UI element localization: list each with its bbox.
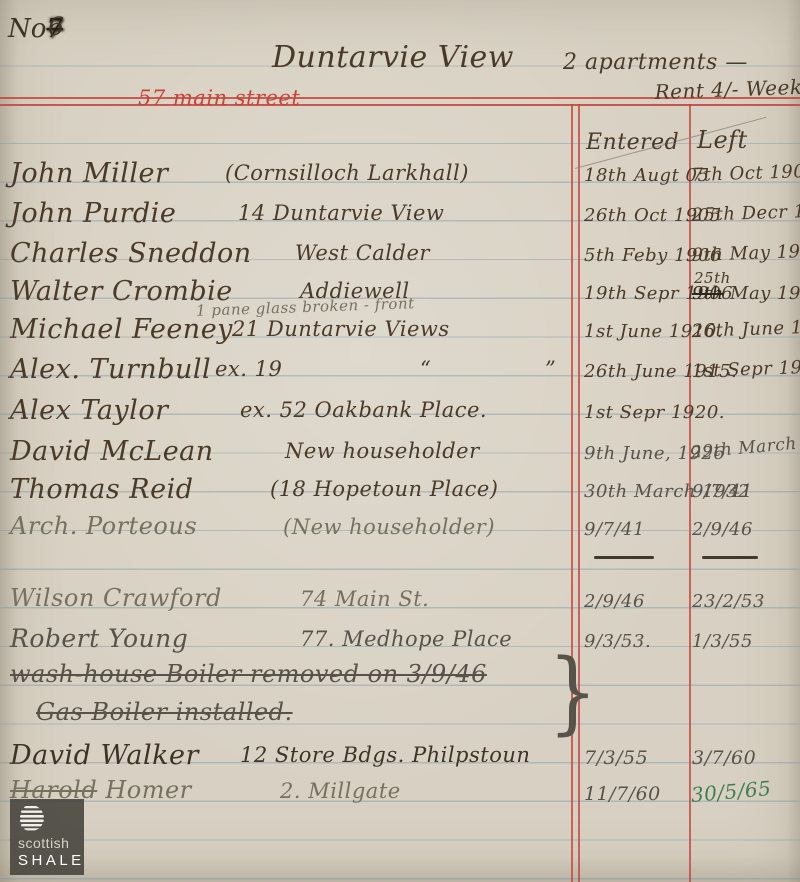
tenant-address: New householder <box>285 439 480 463</box>
pencil-underline <box>594 556 654 559</box>
date-left-correction: 25th <box>694 269 731 287</box>
tenant-name: Michael Feeney <box>10 314 233 345</box>
tenant-name: David Walker <box>10 740 199 771</box>
tenant-name-rest: Homer <box>105 776 191 804</box>
tenant-name: Arch. Porteous <box>10 512 197 540</box>
page-number: No7 6 <box>8 14 63 44</box>
column-header-entered: Entered <box>586 130 679 155</box>
date-entered: 7/3/55 <box>584 747 648 769</box>
table-row: Michael Feeney 21 Duntarvie Views 1st Ju… <box>0 314 800 356</box>
tenant-address: (Cornsilloch Larkhall) <box>225 161 469 185</box>
tenant-address: ex. 19 <box>215 357 282 381</box>
table-row: Arch. Porteous (New householder) 9/7/41 … <box>0 512 800 554</box>
tenant-address: (18 Hopetoun Place) <box>270 477 498 501</box>
date-entered: 9/7/41 <box>584 519 645 540</box>
apartments-note: 2 apartments — <box>563 50 748 75</box>
tenant-address: 2. Millgate <box>280 779 401 803</box>
date-left: 25th 9th May 1910 <box>692 283 800 304</box>
date-left: 9/7/41 <box>692 481 753 502</box>
table-row: Harold Homer 2. Millgate 11/7/60 30/5/65 <box>0 776 800 818</box>
watermark-text-shale: SHALE <box>18 852 85 869</box>
tenant-name: Charles Sneddon <box>10 238 252 269</box>
date-left: 25th Decr 1905 <box>691 200 800 226</box>
page-number-new: 6 <box>48 12 64 41</box>
ledger-page: No7 6 Duntarvie View 2 apartments — Rent… <box>0 0 800 882</box>
table-row: David McLean New householder 9th June, 1… <box>0 436 800 478</box>
red-header-line-bottom <box>0 104 800 106</box>
date-left: 2/9/46 <box>692 519 753 540</box>
column-header-left: Left <box>697 126 748 154</box>
tenant-address: 74 Main St. <box>300 587 429 611</box>
tenant-name: John Purdie <box>10 198 176 229</box>
tenant-address: 21 Duntarvie Views <box>232 317 450 341</box>
table-row: Wilson Crawford 74 Main St. 2/9/46 23/2/… <box>0 584 800 626</box>
tenant-address: ex. 52 Oakbank Place. <box>240 398 487 422</box>
date-left: 30/5/65 <box>690 776 772 807</box>
scottish-shale-watermark: scottish SHALE <box>10 799 84 875</box>
tenant-name: Wilson Crawford <box>10 584 222 612</box>
table-row: Thomas Reid (18 Hopetoun Place) 30th Mar… <box>0 474 800 516</box>
note-boiler-removed: wash-house Boiler removed on 3/9/46 <box>10 660 487 688</box>
tenant-name: Thomas Reid <box>10 474 194 505</box>
date-left: 26th June 1915 <box>691 316 800 342</box>
table-row: Charles Sneddon West Calder 5th Feby 190… <box>0 238 800 280</box>
tenant-name: Alex. Turnbull <box>10 354 211 385</box>
ditto-mark: “ <box>420 357 431 381</box>
tenant-address: 14 Duntarvie View <box>238 201 444 225</box>
pencil-underline <box>702 556 758 559</box>
tenant-address: 12 Store Bdgs. Philpstoun <box>240 743 530 767</box>
tenant-address: 77. Medhope Place <box>300 627 512 651</box>
date-left-rest: May 1910 <box>730 283 800 304</box>
page-number-label: No <box>8 14 46 44</box>
date-left: 1st Sepr 1920. <box>691 356 800 382</box>
date-entered: 1st Sepr 1920. <box>584 402 725 423</box>
street-address-red: 57 main street <box>138 86 300 110</box>
globe-icon <box>16 803 46 833</box>
page-title: Duntarvie View <box>272 40 514 75</box>
table-row: Walter Crombie Addiewell 1 pane glass br… <box>0 276 800 318</box>
ditto-mark: ” <box>545 357 556 381</box>
date-left: 3/7/60 <box>692 747 756 769</box>
date-left: 7th Oct 1905 <box>691 161 800 186</box>
rent-note: Rent 4/- Weekly <box>654 74 800 104</box>
tenant-name: Alex Taylor <box>10 395 168 426</box>
tenant-address: (New householder) <box>283 515 495 539</box>
table-row: Alex. Turnbull ex. 19 “ ” 26th June 1915… <box>0 354 800 396</box>
date-left: 23/2/53 <box>692 591 765 612</box>
tenant-name: Robert Young <box>10 624 188 653</box>
date-entered: 11/7/60 <box>584 783 661 805</box>
tenant-name: David McLean <box>10 436 214 467</box>
date-entered: 2/9/46 <box>584 591 645 612</box>
watermark-text-scottish: scottish <box>18 835 69 851</box>
table-row: John Miller (Cornsilloch Larkhall) 18th … <box>0 158 800 200</box>
brace-mark: } <box>548 641 598 745</box>
table-row: Alex Taylor ex. 52 Oakbank Place. 1st Se… <box>0 395 800 437</box>
tenant-name: John Miller <box>10 158 168 189</box>
note-boiler-installed: Gas Boiler installed. <box>36 698 293 726</box>
date-left: 1/3/55 <box>692 631 753 652</box>
table-row: John Purdie 14 Duntarvie View 26th Oct 1… <box>0 198 800 240</box>
date-left: 9th May 1906 <box>691 240 800 266</box>
tenant-address: West Calder <box>295 241 430 265</box>
